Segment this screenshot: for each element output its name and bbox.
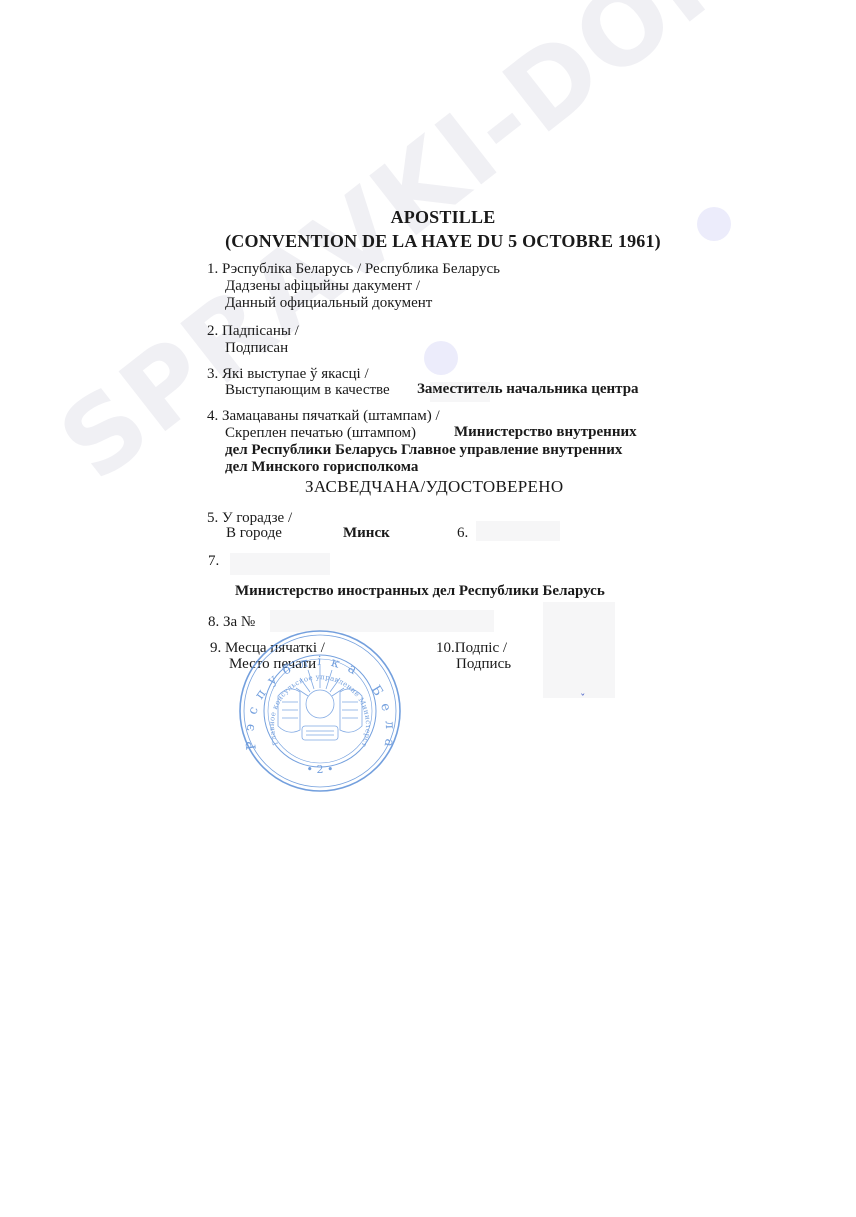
item4-label: Скреплен печатью (штампом)	[225, 425, 416, 442]
apostille-page: SPRAVKI-DOKI APOSTILLE (CONVENTION DE LA…	[0, 0, 856, 1217]
item6-label: 6.	[457, 525, 468, 542]
signature-mark: ˇ	[580, 692, 586, 705]
item7-value: Министерство иностранных дел Республики …	[235, 583, 605, 600]
item4-value-line3: дел Минского горисполкома	[225, 459, 418, 476]
item3-value: Заместитель начальника центра	[417, 381, 639, 398]
watermark: SPRAVKI-DOKI	[37, 0, 794, 504]
item10-line1: 10.Подпіс /	[436, 640, 507, 657]
item2-line2: Подписан	[225, 340, 288, 357]
document-title: APOSTILLE	[0, 207, 856, 228]
official-stamp-seal: Рэспубліка Беларусь Главное консульское …	[230, 626, 410, 796]
item4-value-line1: Министерство внутренних	[454, 424, 637, 441]
redaction-name	[230, 553, 330, 575]
item10-line2: Подпись	[456, 656, 511, 673]
redaction-signature	[543, 602, 615, 698]
item1-line3: Данный официальный документ	[225, 295, 432, 312]
item1-line2: Дадзены афіцыйны дакумент /	[225, 278, 420, 295]
redaction-date	[476, 521, 560, 541]
certified-heading: ЗАСВЕДЧАНА/УДОСТОВЕРЕНО	[305, 477, 563, 497]
item4-line1: 4. Замацаваны пячаткай (штампам) /	[207, 408, 440, 425]
item3-label: Выступающим в качестве	[225, 382, 390, 399]
item4-value-line2: дел Республики Беларусь Главное управлен…	[225, 442, 622, 459]
stamp-number: • 2 •	[307, 763, 334, 776]
item5-value: Минск	[343, 525, 390, 542]
item1-line1: 1. Рэспубліка Беларусь / Республика Бела…	[207, 261, 500, 278]
item7-label: 7.	[208, 553, 219, 570]
document-subtitle: (CONVENTION DE LA HAYE DU 5 OCTOBRE 1961…	[0, 231, 856, 252]
item2-line1: 2. Падпісаны /	[207, 323, 299, 340]
item5-label: В городе	[226, 525, 282, 542]
item3-line1: 3. Які выступае ў якасці /	[207, 366, 369, 383]
watermark-dot	[424, 341, 458, 375]
